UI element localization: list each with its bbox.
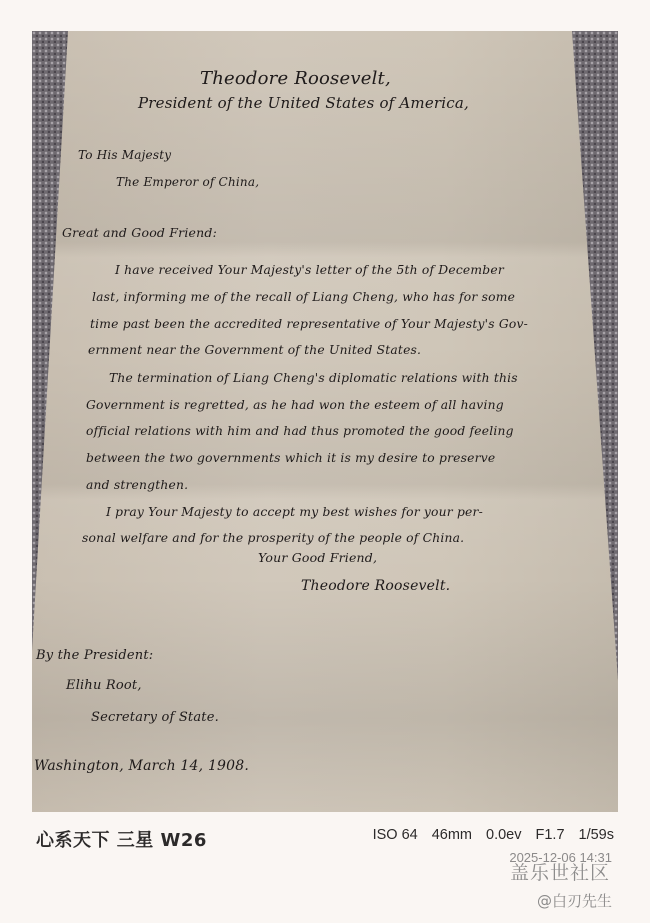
exif-aperture: F1.7 xyxy=(536,827,565,843)
closing: Your Good Friend, xyxy=(258,550,377,565)
exif-info: ISO 64 46mm 0.0ev F1.7 1/59s xyxy=(373,827,614,843)
address-line-2: The Emperor of China, xyxy=(116,175,259,189)
body-line: between the two governments which it is … xyxy=(86,451,495,465)
countersign-name: Elihu Root, xyxy=(66,678,142,693)
user-watermark: @白刃先生 xyxy=(537,890,612,911)
signature: Theodore Roosevelt. xyxy=(301,578,450,594)
countersign-by: By the President: xyxy=(36,648,153,663)
body-line: sonal welfare and for the prosperity of … xyxy=(82,531,464,545)
body-line: The termination of Liang Cheng's diploma… xyxy=(109,371,518,385)
letter-heading-title: President of the United States of Americ… xyxy=(138,94,469,112)
salutation: Great and Good Friend: xyxy=(62,225,217,240)
address-line-1: To His Majesty xyxy=(78,148,171,162)
body-line: I have received Your Majesty's letter of… xyxy=(115,263,504,277)
body-line: official relations with him and had thus… xyxy=(86,424,514,438)
exif-focal-length: 46mm xyxy=(432,827,472,843)
exif-iso: ISO 64 xyxy=(373,827,418,843)
exif-exposure: 0.0ev xyxy=(486,827,521,843)
camera-brand: 心系天下 三星 W26 xyxy=(36,826,207,852)
site-watermark: 盖乐世社区 xyxy=(510,858,610,885)
body-line: I pray Your Majesty to accept my best wi… xyxy=(106,505,483,519)
body-line: ernment near the Government of the Unite… xyxy=(88,343,421,357)
place-date: Washington, March 14, 1908. xyxy=(34,758,249,774)
body-line: Government is regretted, as he had won t… xyxy=(86,398,504,412)
body-line: and strengthen. xyxy=(86,478,188,492)
exif-shutter: 1/59s xyxy=(579,827,614,843)
body-line: time past been the accredited representa… xyxy=(90,317,528,331)
countersign-title: Secretary of State. xyxy=(91,710,219,725)
letter-heading-name: Theodore Roosevelt, xyxy=(200,68,391,89)
body-line: last, informing me of the recall of Lian… xyxy=(92,290,515,304)
